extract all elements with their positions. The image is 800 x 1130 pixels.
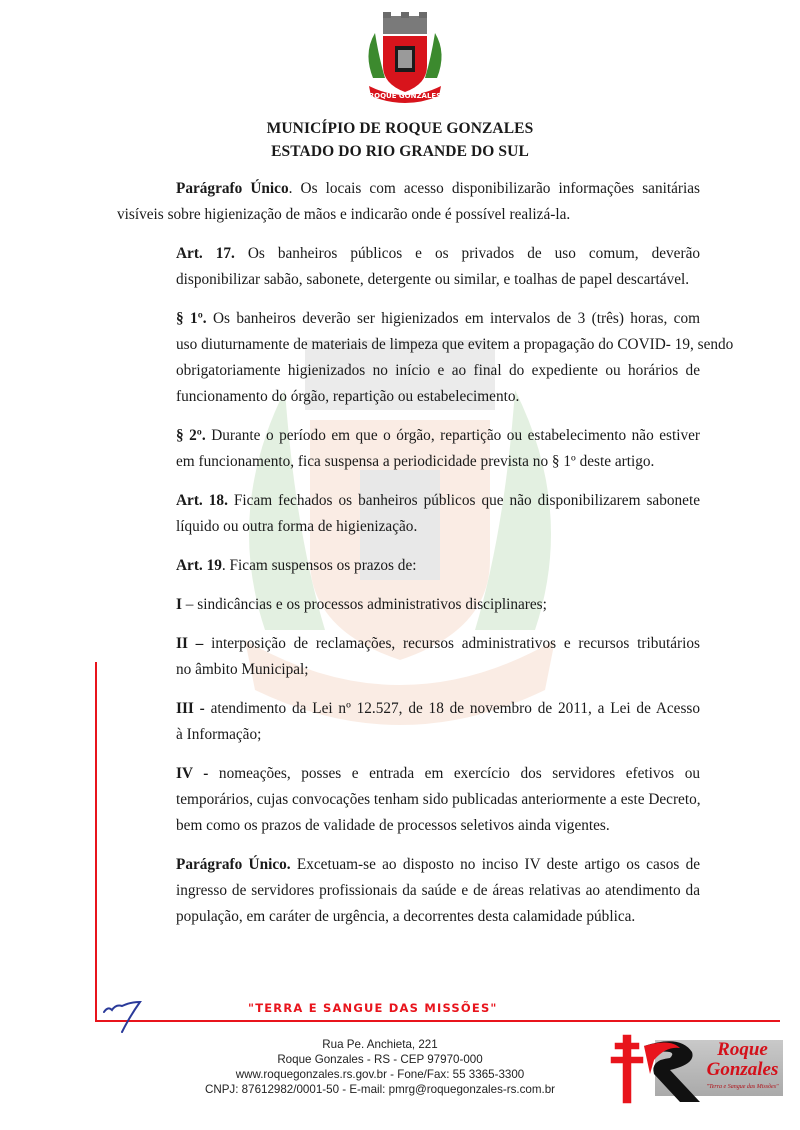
article-17-paragraph-2: § 2º. Durante o período em que o órgão, … [117,423,700,475]
footer-web-phone: www.roquegonzales.rs.gov.br - Fone/Fax: … [180,1067,580,1082]
article-19-item-iii: III - atendimento da Lei nº 12.527, de 1… [117,696,700,748]
roque-gonzales-logo: Roque Gonzales "Terra e Sangue das Missõ… [600,1030,790,1110]
article-19-item-iv: IV - nomeações, posses e entrada em exer… [117,761,700,839]
red-frame-left [95,662,97,1022]
cross-r-icon [600,1030,710,1110]
article-19-item-ii: II – interposição de reclamações, recurs… [117,631,700,683]
red-frame-bottom [95,1020,780,1022]
article-17: Art. 17. Os banheiros públicos e os priv… [117,241,700,293]
state-title: ESTADO DO RIO GRANDE DO SUL [0,143,800,161]
footer-contact: Rua Pe. Anchieta, 221 Roque Gonzales - R… [180,1037,580,1097]
motto: "TERRA E SANGUE DAS MISSÕES" [248,1001,498,1015]
paragraph-unico-1: Parágrafo Único. Os locais com acesso di… [117,176,700,228]
svg-text:ROQUE GONZALES: ROQUE GONZALES [369,92,442,100]
document-body: Parágrafo Único. Os locais com acesso di… [117,176,700,943]
logo-title: Roque Gonzales [695,1040,790,1080]
article-18: Art. 18. Ficam fechados os banheiros púb… [117,488,700,540]
paragraph-unico-2: Parágrafo Único. Excetuam-se ao disposto… [117,852,700,930]
article-17-paragraph-1: § 1º. Os banheiros deverão ser higieniza… [117,306,700,410]
municipality-title: MUNICÍPIO DE ROQUE GONZALES [0,120,800,138]
article-19: Art. 19. Ficam suspensos os prazos de: [117,553,700,579]
logo-tagline: "Terra e Sangue das Missões" [695,1084,790,1090]
signature-mark-icon [100,998,150,1034]
footer-address: Rua Pe. Anchieta, 221 [180,1037,580,1052]
footer-city: Roque Gonzales - RS - CEP 97970-000 [180,1052,580,1067]
footer-cnpj-email: CNPJ: 87612982/0001-50 - E-mail: pmrg@ro… [180,1082,580,1097]
article-19-item-i: I – sindicâncias e os processos administ… [117,592,700,618]
coat-of-arms-icon: ROQUE GONZALES [355,8,455,108]
